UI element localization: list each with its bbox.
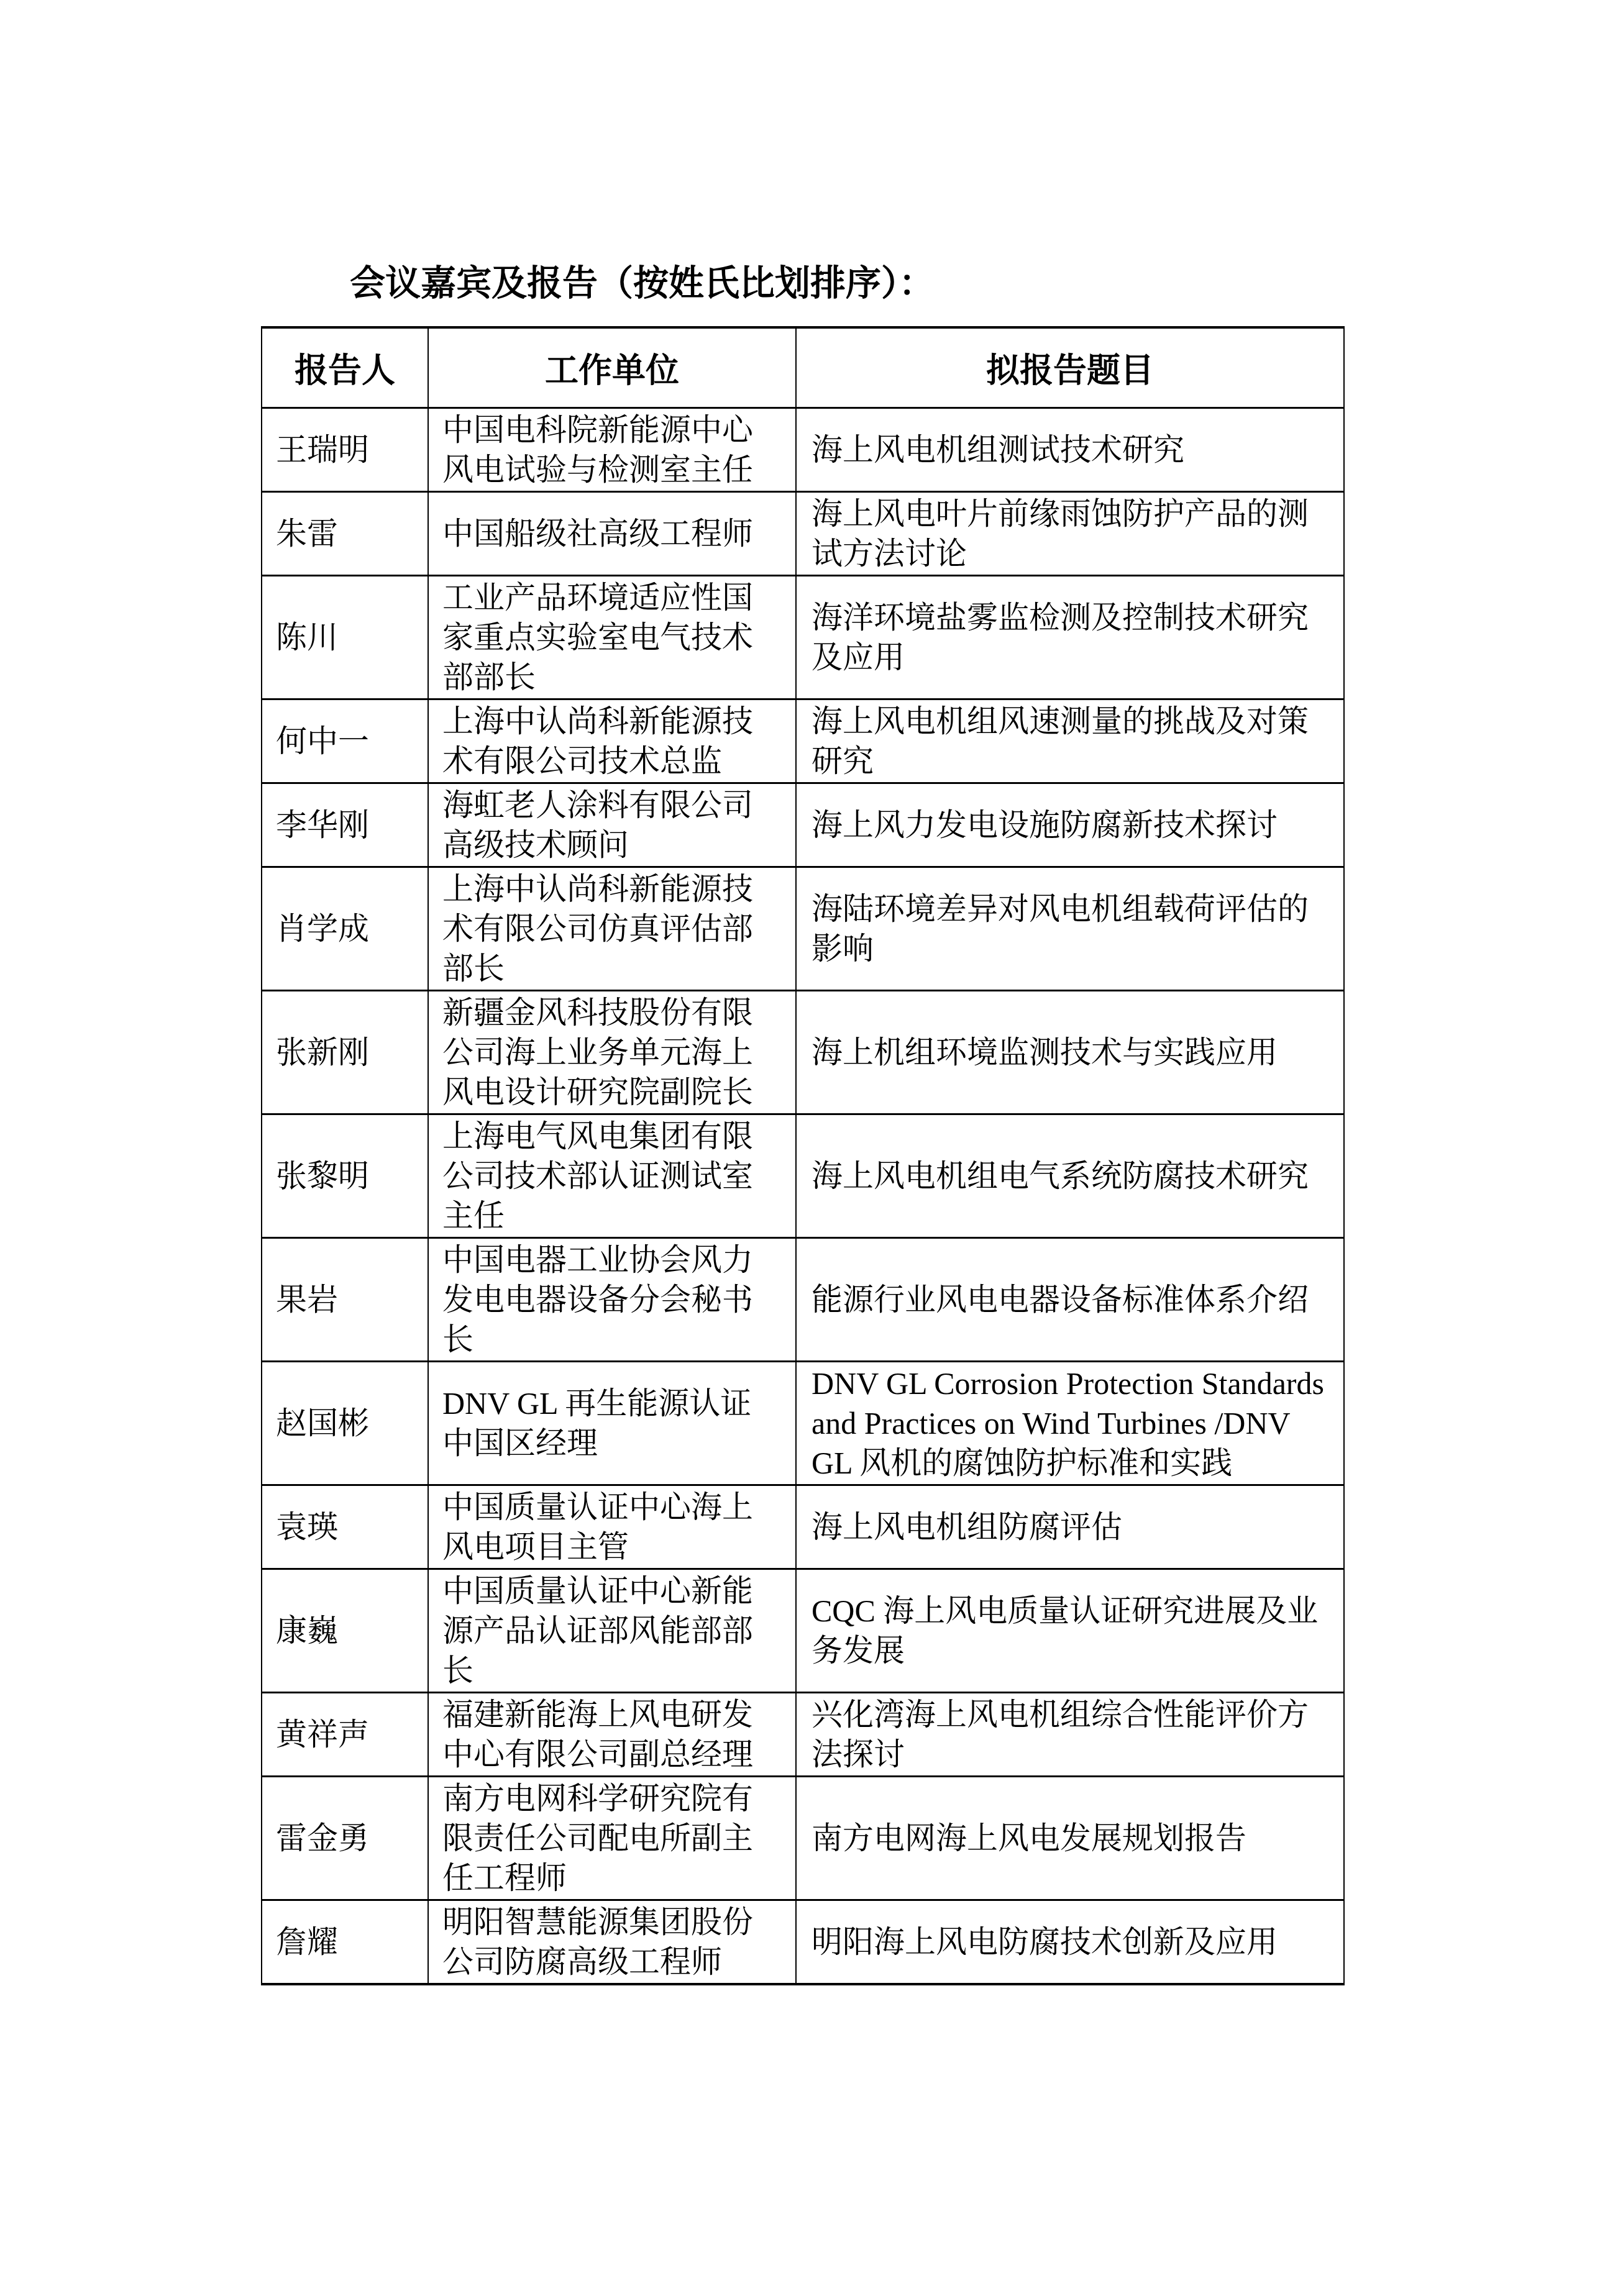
document-page: 会议嘉宾及报告（按姓氏比划排序）： 报告人 工作单位 拟报告题目 王瑞明中国电科…	[0, 0, 1623, 2296]
cell-topic: CQC 海上风电质量认证研究进展及业务发展	[796, 1569, 1344, 1693]
cell-topic: 明阳海上风电防腐技术创新及应用	[796, 1900, 1344, 1985]
cell-speaker: 张新刚	[262, 991, 428, 1114]
cell-topic: 海上风电机组电气系统防腐技术研究	[796, 1114, 1344, 1238]
cell-speaker: 赵国彬	[262, 1362, 428, 1485]
cell-speaker: 朱雷	[262, 492, 428, 576]
cell-topic: 能源行业风电电器设备标准体系介绍	[796, 1238, 1344, 1362]
table-row: 张新刚新疆金风科技股份有限公司海上业务单元海上风电设计研究院副院长海上机组环境监…	[262, 991, 1344, 1114]
table-row: 袁瑛中国质量认证中心海上风电项目主管海上风电机组防腐评估	[262, 1485, 1344, 1569]
table-row: 张黎明上海电气风电集团有限公司技术部认证测试室主任海上风电机组电气系统防腐技术研…	[262, 1114, 1344, 1238]
cell-topic: 南方电网海上风电发展规划报告	[796, 1777, 1344, 1900]
table-row: 雷金勇南方电网科学研究院有限责任公司配电所副主任工程师南方电网海上风电发展规划报…	[262, 1777, 1344, 1900]
cell-topic: 海上机组环境监测技术与实践应用	[796, 991, 1344, 1114]
cell-organization: 上海中认尚科新能源技术有限公司技术总监	[428, 699, 796, 783]
cell-topic: 海上风电机组防腐评估	[796, 1485, 1344, 1569]
cell-organization: DNV GL 再生能源认证中国区经理	[428, 1362, 796, 1485]
table-header-row: 报告人 工作单位 拟报告题目	[262, 327, 1344, 408]
cell-organization: 中国船级社高级工程师	[428, 492, 796, 576]
cell-speaker: 詹耀	[262, 1900, 428, 1985]
cell-speaker: 肖学成	[262, 867, 428, 991]
cell-organization: 中国质量认证中心新能源产品认证部风能部部长	[428, 1569, 796, 1693]
cell-organization: 上海中认尚科新能源技术有限公司仿真评估部部长	[428, 867, 796, 991]
cell-speaker: 袁瑛	[262, 1485, 428, 1569]
cell-organization: 工业产品环境适应性国家重点实验室电气技术部部长	[428, 576, 796, 699]
cell-organization: 中国质量认证中心海上风电项目主管	[428, 1485, 796, 1569]
table-row: 詹耀明阳智慧能源集团股份公司防腐高级工程师明阳海上风电防腐技术创新及应用	[262, 1900, 1344, 1985]
cell-speaker: 康巍	[262, 1569, 428, 1693]
cell-speaker: 李华刚	[262, 783, 428, 867]
page-title: 会议嘉宾及报告（按姓氏比划排序）：	[350, 262, 935, 304]
cell-speaker: 王瑞明	[262, 408, 428, 492]
cell-speaker: 陈川	[262, 576, 428, 699]
cell-topic: 海洋环境盐雾监检测及控制技术研究及应用	[796, 576, 1344, 699]
cell-organization: 中国电科院新能源中心风电试验与检测室主任	[428, 408, 796, 492]
table-row: 肖学成上海中认尚科新能源技术有限公司仿真评估部部长海陆环境差异对风电机组载荷评估…	[262, 867, 1344, 991]
cell-organization: 新疆金风科技股份有限公司海上业务单元海上风电设计研究院副院长	[428, 991, 796, 1114]
cell-topic: 兴化湾海上风电机组综合性能评价方法探讨	[796, 1693, 1344, 1777]
cell-organization: 明阳智慧能源集团股份公司防腐高级工程师	[428, 1900, 796, 1985]
table-body: 王瑞明中国电科院新能源中心风电试验与检测室主任海上风电机组测试技术研究朱雷中国船…	[262, 408, 1344, 1985]
column-header-topic: 拟报告题目	[796, 327, 1344, 408]
cell-topic: 海上风电机组风速测量的挑战及对策研究	[796, 699, 1344, 783]
cell-organization: 中国电器工业协会风力发电电器设备分会秘书长	[428, 1238, 796, 1362]
cell-speaker: 黄祥声	[262, 1693, 428, 1777]
cell-organization: 上海电气风电集团有限公司技术部认证测试室主任	[428, 1114, 796, 1238]
column-header-organization: 工作单位	[428, 327, 796, 408]
cell-speaker: 何中一	[262, 699, 428, 783]
table-row: 李华刚海虹老人涂料有限公司高级技术顾问海上风力发电设施防腐新技术探讨	[262, 783, 1344, 867]
speakers-table: 报告人 工作单位 拟报告题目 王瑞明中国电科院新能源中心风电试验与检测室主任海上…	[261, 326, 1345, 1985]
column-header-speaker: 报告人	[262, 327, 428, 408]
cell-topic: 海陆环境差异对风电机组载荷评估的影响	[796, 867, 1344, 991]
table-row: 果岩中国电器工业协会风力发电电器设备分会秘书长能源行业风电电器设备标准体系介绍	[262, 1238, 1344, 1362]
cell-topic: 海上风电叶片前缘雨蚀防护产品的测试方法讨论	[796, 492, 1344, 576]
table-row: 陈川工业产品环境适应性国家重点实验室电气技术部部长海洋环境盐雾监检测及控制技术研…	[262, 576, 1344, 699]
cell-topic: DNV GL Corrosion Protection Standards an…	[796, 1362, 1344, 1485]
cell-speaker: 雷金勇	[262, 1777, 428, 1900]
table-row: 朱雷中国船级社高级工程师海上风电叶片前缘雨蚀防护产品的测试方法讨论	[262, 492, 1344, 576]
cell-speaker: 果岩	[262, 1238, 428, 1362]
table-row: 康巍中国质量认证中心新能源产品认证部风能部部长CQC 海上风电质量认证研究进展及…	[262, 1569, 1344, 1693]
table-row: 黄祥声福建新能海上风电研发中心有限公司副总经理兴化湾海上风电机组综合性能评价方法…	[262, 1693, 1344, 1777]
table-row: 赵国彬DNV GL 再生能源认证中国区经理DNV GL Corrosion Pr…	[262, 1362, 1344, 1485]
cell-organization: 南方电网科学研究院有限责任公司配电所副主任工程师	[428, 1777, 796, 1900]
table-row: 王瑞明中国电科院新能源中心风电试验与检测室主任海上风电机组测试技术研究	[262, 408, 1344, 492]
cell-organization: 海虹老人涂料有限公司高级技术顾问	[428, 783, 796, 867]
cell-topic: 海上风电机组测试技术研究	[796, 408, 1344, 492]
cell-organization: 福建新能海上风电研发中心有限公司副总经理	[428, 1693, 796, 1777]
cell-speaker: 张黎明	[262, 1114, 428, 1238]
table-row: 何中一上海中认尚科新能源技术有限公司技术总监海上风电机组风速测量的挑战及对策研究	[262, 699, 1344, 783]
cell-topic: 海上风力发电设施防腐新技术探讨	[796, 783, 1344, 867]
